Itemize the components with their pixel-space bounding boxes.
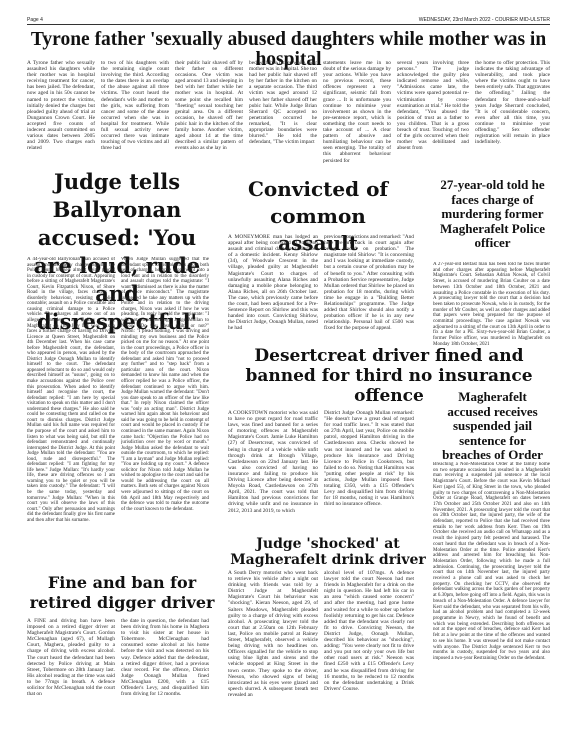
shocked-col-1: A South Derry motorist who went back to … — [228, 570, 318, 710]
convicted-col-2: previous convictions and remarked: "And … — [324, 234, 414, 339]
desertcreat-col-2: District Judge Oonagh Mullan remarked: "… — [324, 410, 414, 532]
convicted-col-1: A MONEYMORE man has lodged an appeal aft… — [228, 234, 318, 339]
tyrone-col-6: several years involving three persons." … — [397, 60, 469, 151]
shocked-col-2: alcohol level of 107mgs. A defence lawye… — [324, 570, 414, 710]
tyrone-col-7: the home to offer protection. This indic… — [475, 60, 550, 145]
desertcreat-col-1: A COOKSTOWN motorist who was said to hav… — [228, 410, 318, 532]
ballyronan-col-2: When Judge Mullan suggested that the def… — [121, 257, 209, 562]
headline-digger: Fine and ban for retired digger driver — [27, 573, 217, 613]
tyrone-col-1: A Tyrone father who sexually assaulted h… — [27, 60, 95, 151]
tyrone-col-3: their public hair shaved off by their fa… — [175, 60, 243, 151]
headline-shocked: Judge 'shocked' at Magherafelt drink dri… — [228, 536, 428, 568]
headline-murder: 27-year-old told he faces charge of murd… — [435, 178, 550, 251]
tyrone-col-2: to two of his daughters with the remaini… — [101, 60, 169, 151]
page-number: Page 4 — [27, 17, 43, 23]
ballyronan-col-1: A 44-year-old Ballyronan man accused of … — [27, 257, 115, 522]
issue-date: WEDNESDAY, 23rd March 2022 - COURIER MID… — [419, 17, 550, 23]
magherafelt-order-body: Breaching a Non-Molestation Order at the… — [433, 462, 550, 712]
digger-col-1: A FINE and driving ban have been imposed… — [27, 618, 115, 698]
tyrone-col-4: bed with her father while their mother w… — [249, 60, 317, 145]
digger-col-2: the date in question, the defendant had … — [121, 618, 209, 698]
headline-magherafelt-order: Magherafelt accused receives suspended j… — [435, 390, 550, 463]
tyrone-col-5: statements leave me in no doubt of the s… — [323, 60, 391, 164]
masthead: Page 4 WEDNESDAY, 23rd March 2022 - COUR… — [27, 15, 550, 25]
